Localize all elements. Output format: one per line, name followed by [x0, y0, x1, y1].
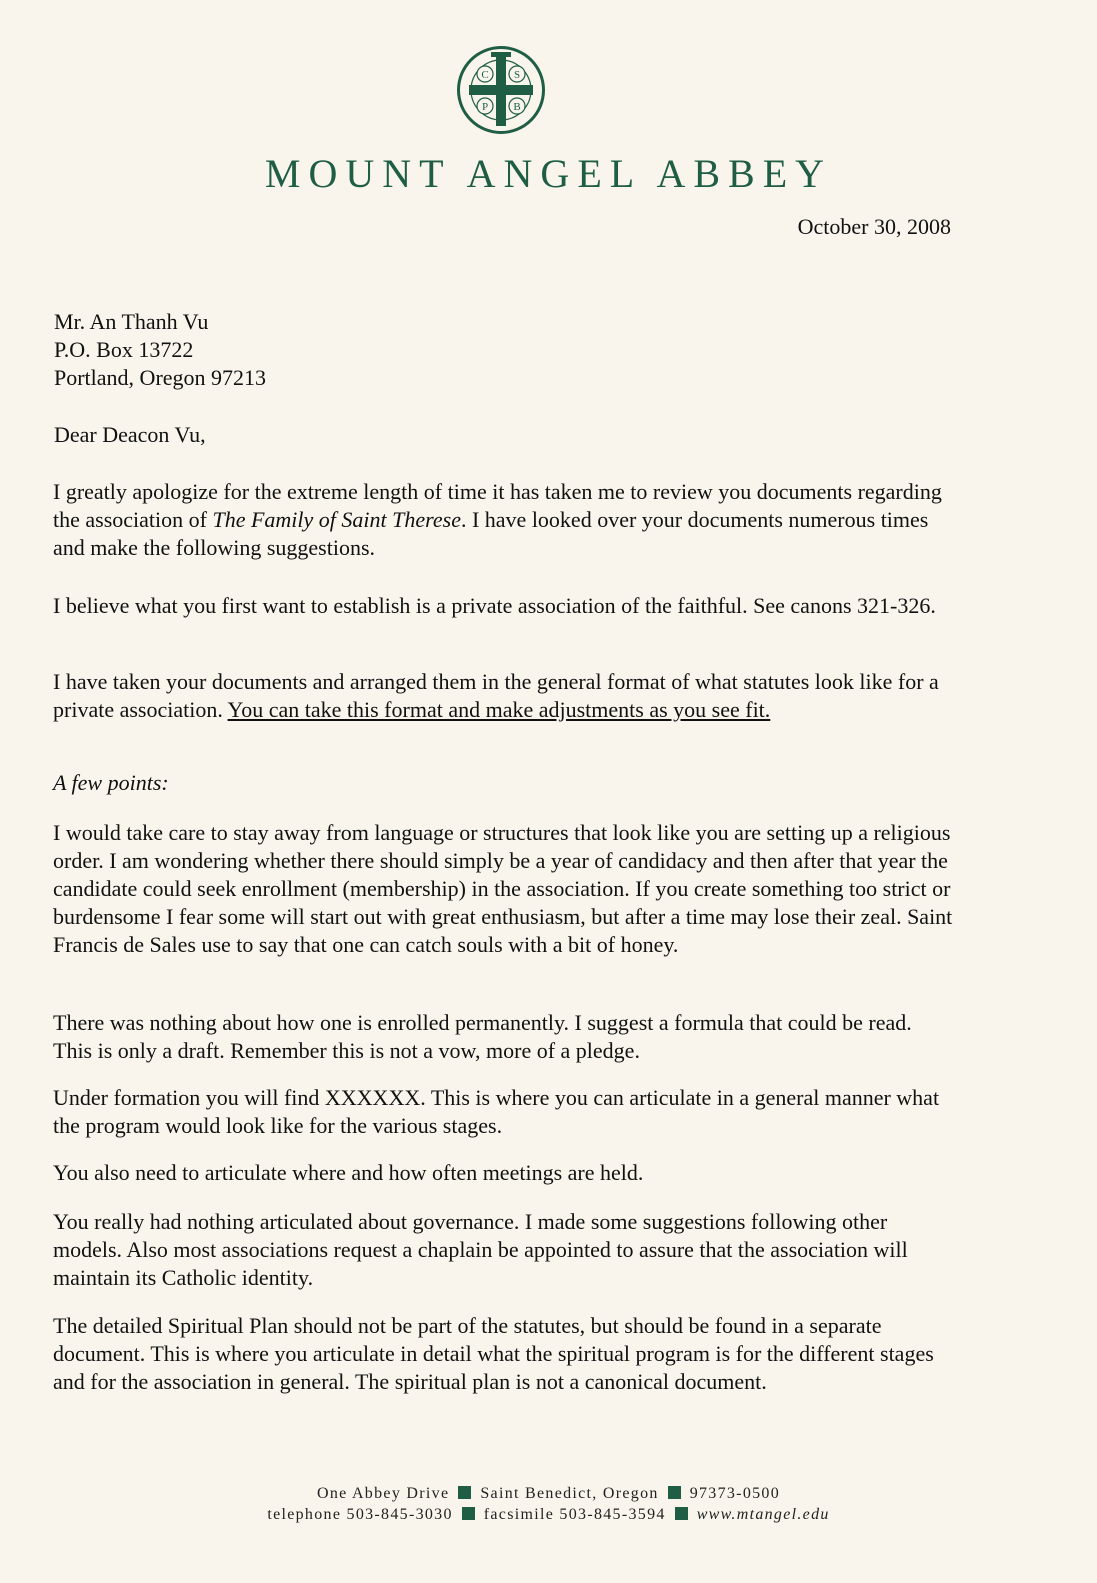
letterhead-footer: One Abbey DriveSaint Benedict, Oregon973…: [0, 1483, 1097, 1525]
section-heading-few-points: A few points:: [53, 769, 953, 797]
recipient-name: Mr. An Thanh Vu: [54, 308, 266, 336]
footer-contact-line: telephone 503-845-3030facsimile 503-845-…: [0, 1504, 1097, 1525]
recipient-address: Mr. An Thanh Vu P.O. Box 13722 Portland,…: [54, 308, 266, 392]
organization-title: MOUNT ANGEL ABBEY: [0, 150, 1097, 197]
letter-date: October 30, 2008: [798, 214, 951, 240]
square-bullet-icon: [675, 1507, 688, 1520]
paragraph-format: I have taken your documents and arranged…: [53, 668, 953, 724]
paragraph-private-association: I believe what you first want to establi…: [53, 592, 953, 620]
paragraph-meetings: You also need to articulate where and ho…: [53, 1159, 953, 1187]
svg-text:P: P: [482, 101, 488, 113]
square-bullet-icon: [462, 1507, 475, 1520]
paragraph-spiritual-plan: The detailed Spiritual Plan should not b…: [53, 1312, 953, 1396]
salutation: Dear Deacon Vu,: [54, 422, 206, 448]
website-link[interactable]: www.mtangel.edu: [697, 1506, 830, 1523]
paragraph-religious-order: I would take care to stay away from lang…: [53, 819, 953, 959]
svg-text:C: C: [481, 69, 488, 81]
underlined-note: You can take this format and make adjust…: [228, 697, 771, 722]
footer-address-line: One Abbey DriveSaint Benedict, Oregon973…: [0, 1483, 1097, 1504]
recipient-address-line2: Portland, Oregon 97213: [54, 364, 266, 392]
paragraph-apology: I greatly apologize for the extreme leng…: [53, 478, 953, 562]
paragraph-governance: You really had nothing articulated about…: [53, 1208, 953, 1292]
square-bullet-icon: [458, 1486, 471, 1499]
recipient-address-line1: P.O. Box 13722: [54, 336, 266, 364]
svg-text:S: S: [514, 69, 520, 81]
svg-text:B: B: [513, 101, 520, 113]
paragraph-enrollment: There was nothing about how one is enrol…: [53, 1009, 953, 1065]
abbey-seal-icon: C S P B: [455, 44, 547, 136]
square-bullet-icon: [668, 1486, 681, 1499]
paragraph-formation: Under formation you will find XXXXXX. Th…: [53, 1084, 953, 1140]
association-name: The Family of Saint Therese: [212, 507, 461, 532]
